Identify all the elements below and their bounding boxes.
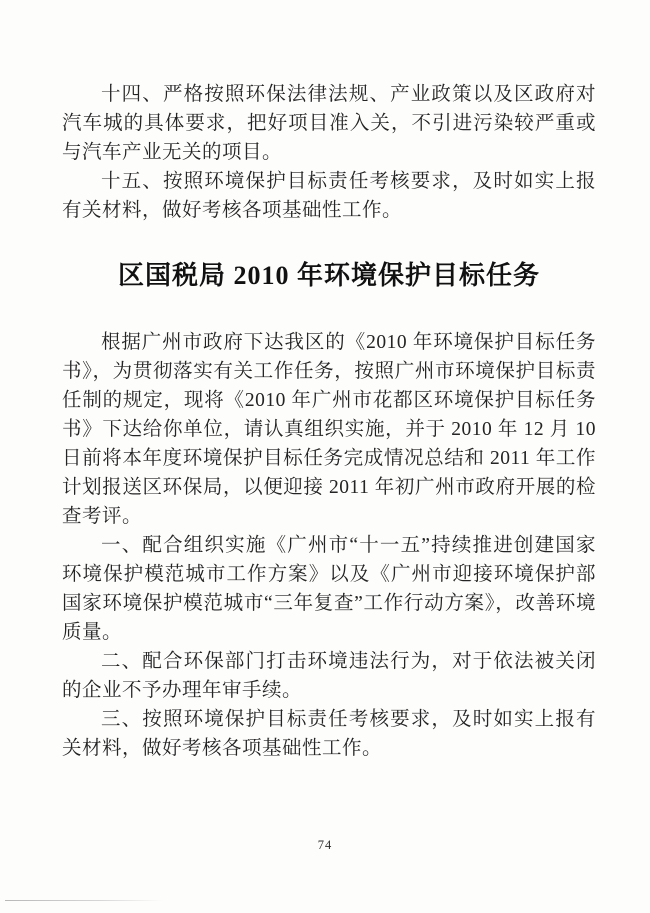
- paragraph-item-14: 十四、严格按照环保法律法规、产业政策以及区政府对汽车城的具体要求，把好项目准入关…: [62, 80, 596, 167]
- document-content: 十四、严格按照环保法律法规、产业政策以及区政府对汽车城的具体要求，把好项目准入关…: [62, 80, 596, 763]
- section-title: 区国税局 2010 年环境保护目标任务: [62, 255, 596, 292]
- scan-artifact-line: [5, 900, 163, 901]
- intro-paragraph: 根据广州市政府下达我区的《2010 年环境保护目标任务书》，为贯彻落实有关工作任…: [62, 328, 596, 531]
- paragraph-item-15: 十五、按照环境保护目标责任考核要求，及时如实上报有关材料，做好考核各项基础性工作…: [62, 167, 596, 225]
- task-paragraph-3: 三、按照环境保护目标责任考核要求，及时如实上报有关材料，做好考核各项基础性工作。: [62, 705, 596, 763]
- document-page: 十四、严格按照环保法律法规、产业政策以及区政府对汽车城的具体要求，把好项目准入关…: [0, 0, 650, 913]
- task-paragraph-1: 一、配合组织实施《广州市“十一五”持续推进创建国家环境保护模范城市工作方案》以及…: [62, 531, 596, 647]
- page-number: 74: [0, 838, 650, 853]
- task-paragraph-2: 二、配合环保部门打击环境违法行为，对于依法被关闭的企业不予办理年审手续。: [62, 647, 596, 705]
